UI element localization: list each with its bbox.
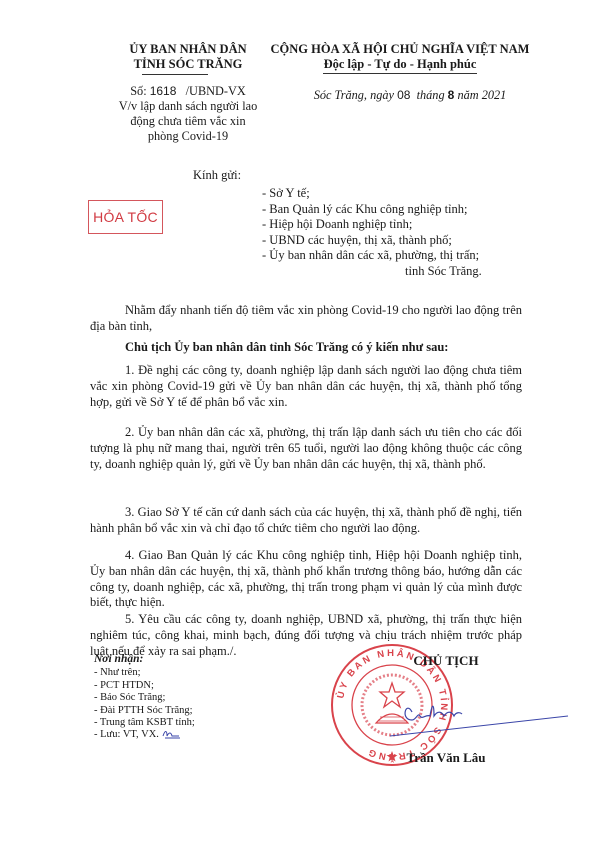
subject-line: V/v lập danh sách người lao <box>95 99 281 114</box>
reference-number: Số: 1618 /UBND-VX <box>95 84 281 99</box>
point-4: 4. Giao Ban Quản lý các Khu công nghiệp … <box>90 548 522 611</box>
point-2: 2. Ủy ban nhân dân các xã, phường, thị t… <box>90 425 522 472</box>
recipient-item: - Sở Y tế; <box>262 186 479 202</box>
recipient-item: - Ban Quản lý các Khu công nghiệp tỉnh; <box>262 202 479 218</box>
distribution-item: - Đài PTTH Sóc Trăng; <box>94 705 195 717</box>
org-line-2: TỈNH SÓC TRĂNG <box>100 57 276 72</box>
nation-motto: Độc lập - Tự do - Hạnh phúc <box>262 57 538 72</box>
date-day: 08 <box>397 88 410 102</box>
reference-block: Số: 1618 /UBND-VX V/v lập danh sách ngườ… <box>95 84 281 144</box>
distribution-title: Nơi nhận: <box>94 653 195 665</box>
recipient-list: - Sở Y tế; - Ban Quản lý các Khu công ng… <box>262 186 479 264</box>
distribution-item: - PCT HTDN; <box>94 680 195 692</box>
date-month: 8 <box>448 88 455 102</box>
recipient-item: - UBND các huyện, thị xã, thành phố; <box>262 233 479 249</box>
handwritten-signature-icon <box>390 690 570 740</box>
recipient-item: - Ủy ban nhân dân các xã, phường, thị tr… <box>262 248 479 264</box>
issuing-organization: ỦY BAN NHÂN DÂN TỈNH SÓC TRĂNG <box>100 42 276 72</box>
distribution-item: - Như trên; <box>94 667 195 679</box>
nation-title: CỘNG HÒA XÃ HỘI CHỦ NGHĨA VIỆT NAM <box>262 42 538 57</box>
recipient-province: tỉnh Sóc Trăng. <box>405 264 482 279</box>
urgent-stamp: HỎA TỐC <box>88 200 163 234</box>
signatory-title: CHỦ TỊCH <box>386 653 506 669</box>
org-underline <box>142 74 208 75</box>
point-1: 1. Đề nghị các công ty, doanh nghiệp lập… <box>90 363 522 410</box>
signatory-name: Trần Văn Lâu <box>386 750 506 766</box>
initial-mark-icon <box>161 728 181 740</box>
distribution-item: - Báo Sóc Trăng; <box>94 692 195 704</box>
subject-line: phòng Covid-19 <box>95 129 281 144</box>
ref-number-value: 1618 <box>150 84 177 98</box>
national-header: CỘNG HÒA XÃ HỘI CHỦ NGHĨA VIỆT NAM Độc l… <box>262 42 538 72</box>
greeting: Kính gửi: <box>193 168 241 183</box>
point-3: 3. Giao Sở Y tế căn cứ danh sách của các… <box>90 505 522 537</box>
subject-line: động chưa tiêm vắc xin <box>95 114 281 129</box>
org-line-1: ỦY BAN NHÂN DÂN <box>100 42 276 57</box>
lead-paragraph: Chủ tịch Ủy ban nhân dân tỉnh Sóc Trăng … <box>90 340 522 356</box>
date-line: Sóc Trăng, ngày 08 tháng 8 năm 2021 <box>280 88 540 103</box>
recipient-item: - Hiệp hội Doanh nghiệp tỉnh; <box>262 217 479 233</box>
motto-underline <box>323 73 477 74</box>
intro-paragraph: Nhằm đẩy nhanh tiến độ tiêm vắc xin phòn… <box>90 303 522 335</box>
